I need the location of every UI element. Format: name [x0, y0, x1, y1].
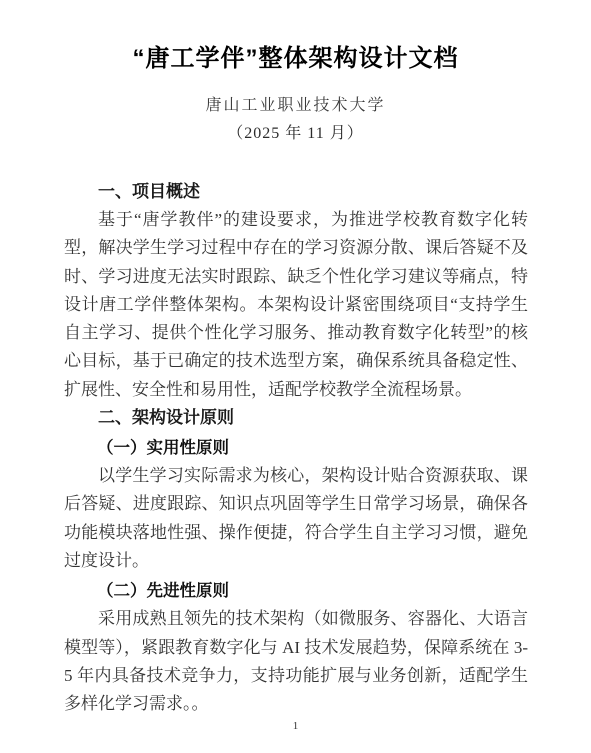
document-date: （2025 年 11 月） [0, 124, 591, 144]
subsection-heading-practicality-principle: （一）实用性原则 [64, 434, 528, 462]
document-body: 一、项目概述 基于“唐学教伴”的建设要求，为推进学校教育数字化转型，解决学生学习… [64, 178, 528, 718]
paragraph-practicality-principle: 以学生学习实际需求为核心，架构设计贴合资源获取、课后答疑、进度跟踪、知识点巩固等… [64, 462, 528, 575]
document-subtitle: 唐山工业职业技术大学 [0, 96, 591, 116]
page-number: 1 [0, 720, 591, 732]
subsection-heading-advancement-principle: （二）先进性原则 [64, 577, 528, 605]
section-heading-project-overview: 一、项目概述 [64, 178, 528, 206]
paragraph-advancement-principle: 采用成熟且领先的技术架构（如微服务、容器化、大语言模型等），紧跟教育数字化与 A… [64, 605, 528, 718]
paragraph-project-overview: 基于“唐学教伴”的建设要求，为推进学校教育数字化转型，解决学生学习过程中存在的学… [64, 206, 528, 404]
document-title: “唐工学伴”整体架构设计文档 [0, 0, 591, 74]
document-page: “唐工学伴”整体架构设计文档 唐山工业职业技术大学 （2025 年 11 月） … [0, 0, 591, 753]
section-heading-design-principles: 二、架构设计原则 [64, 404, 528, 432]
